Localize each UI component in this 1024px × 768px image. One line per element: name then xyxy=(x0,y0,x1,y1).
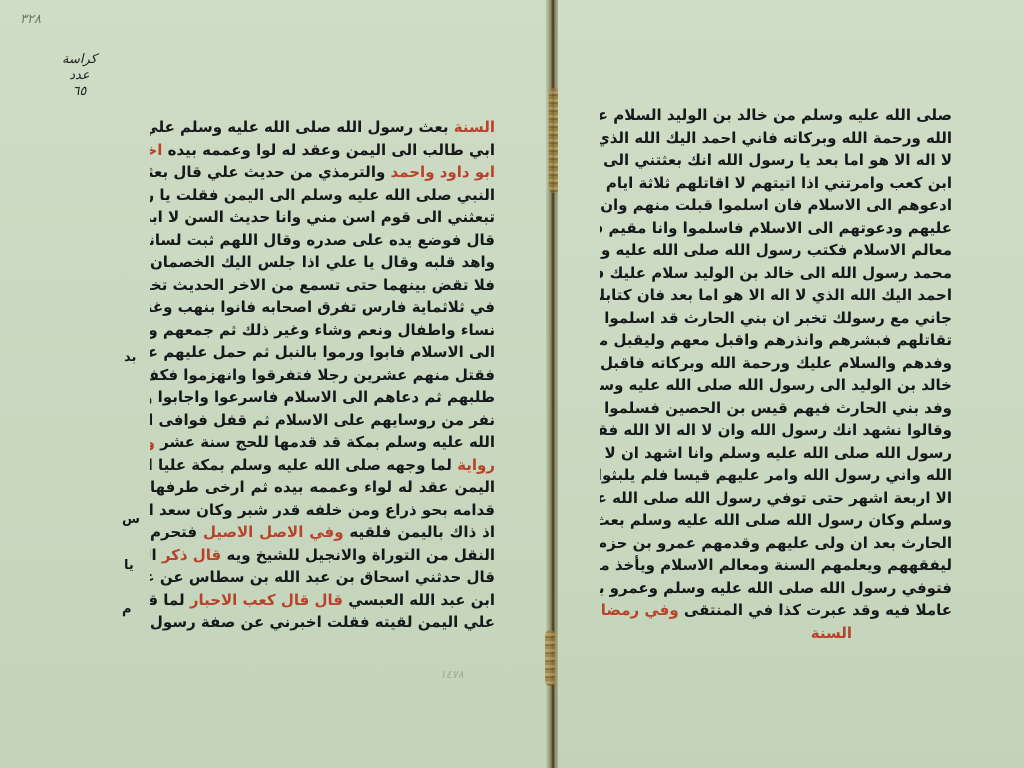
body-text: الواقدي xyxy=(150,546,162,564)
rubric-text: رواية xyxy=(457,456,495,474)
rubric-text: قال ذكر xyxy=(162,546,221,564)
body-text: النقل من التوراة والانجيل للشيخ ويه xyxy=(221,546,495,564)
manuscript-line: رسول الله صلى الله عليه وسلم وانا اشهد ا… xyxy=(600,442,952,465)
body-text: اذ ذاك باليمن فلقيه xyxy=(344,523,495,541)
manuscript-line: ابن كعب وامرتني اذا اتيتهم لا اقاتلهم ثل… xyxy=(600,172,952,195)
manuscript-line: ابو داود واحمد والترمذي من حديث علي قال … xyxy=(150,161,495,184)
body-text: رسول الله صلى الله عليه وسلم وانا اشهد ا… xyxy=(600,444,952,462)
manuscript-line: الا اربعة اشهر حتى توفي رسول الله صلى ال… xyxy=(600,487,952,510)
manuscript-line: احمد اليك الله الذي لا اله الا هو اما بع… xyxy=(600,284,952,307)
manuscript-line: الله عليه وسلم بمكة قد قدمها للحج سنة عش… xyxy=(150,431,495,454)
manuscript-line: النقل من التوراة والانجيل للشيخ ويه قال … xyxy=(150,544,495,567)
rubric-text: قال قال كعب الاحبار xyxy=(190,591,343,609)
manuscript-line: علي اليمن لقيته فقلت اخبرني عن صفة رسول … xyxy=(150,611,495,634)
manuscript-line: ابي طالب الى اليمن وعقد له لوا وعممه بيد… xyxy=(150,139,495,162)
manuscript-line: النبي صلى الله عليه وسلم الى اليمن فقلت … xyxy=(150,184,495,207)
body-text: لما وجهه صلى الله عليه وسلم بمكة عليا ال… xyxy=(150,456,457,474)
manuscript-line: الى الاسلام فابوا ورموا بالنبل ثم حمل عل… xyxy=(150,341,495,364)
body-text: جاني مع رسولك تخبر ان بني الحارث قد اسلم… xyxy=(600,309,952,327)
manuscript-line: تبعثني الى قوم اسن مني وانا حديث السن لا… xyxy=(150,206,495,229)
manuscript-line: لا اله الا هو اما بعد يا رسول الله انك ب… xyxy=(600,149,952,172)
body-text: فلا تقض بينهما حتى تسمع من الاخر الحديث … xyxy=(150,276,495,294)
manuscript-line: قال فوضع يده على صدره وقال اللهم ثبت لسا… xyxy=(150,229,495,252)
manuscript-line: واهد قلبه وقال يا علي اذا جلس اليك الخصم… xyxy=(150,251,495,274)
rubric-text: السنة xyxy=(811,624,852,642)
body-text: ابن كعب وامرتني اذا اتيتهم لا اقاتلهم ثل… xyxy=(600,174,952,192)
body-text: ابي طالب الى اليمن وعقد له لوا وعممه بيد… xyxy=(162,141,495,159)
manuscript-spread: ٣٢٨ كراسة عدد ٦٥ ١٤٧٨ السنة بعث رسول الل… xyxy=(0,0,1024,768)
margin-note-line: ٦٥ xyxy=(62,84,97,100)
side-note: يا xyxy=(124,558,134,573)
right-page: صلى الله عليه وسلم من خالد بن الوليد الس… xyxy=(558,0,1024,768)
body-text: فتحرم xyxy=(150,523,203,541)
manuscript-line: اذ ذاك باليمن فلقيه وفي الاصل الاصيل فتح… xyxy=(150,521,495,544)
manuscript-line: طلبهم ثم دعاهم الى الاسلام فاسرعوا واجاب… xyxy=(150,386,495,409)
body-text: وفدهم والسلام عليك ورحمة الله وبركاته فا… xyxy=(600,354,952,372)
rubric-text: اخرج xyxy=(150,141,162,159)
rubric-text: ابو داود واحمد xyxy=(391,163,495,181)
body-text: نساء واطفال ونعم وشاء وغير ذلك ثم جمعهم … xyxy=(150,321,495,339)
body-text: خالد بن الوليد الى رسول الله صلى الله عل… xyxy=(600,376,952,394)
body-text: ليفقههم ويعلمهم السنة ومعالم الاسلام ويأ… xyxy=(600,556,952,574)
body-text: الحارث بعد ان ولى عليهم وقدمهم عمرو بن ح… xyxy=(600,534,952,552)
body-text: ادعوهم الى الاسلام فان اسلموا قبلت منهم … xyxy=(600,196,952,214)
body-text: احمد اليك الله الذي لا اله الا هو اما بع… xyxy=(600,286,952,304)
body-text: لا اله الا هو اما بعد يا رسول الله انك ب… xyxy=(600,151,952,169)
faint-pencil-mark: ١٤٧٨ xyxy=(440,668,464,681)
manuscript-line: تقاتلهم فبشرهم وانذرهم واقبل معهم وليقبل… xyxy=(600,329,952,352)
manuscript-line: جاني مع رسولك تخبر ان بني الحارث قد اسلم… xyxy=(600,307,952,330)
body-text: لما قدم xyxy=(150,591,190,609)
body-text: الله ورحمة الله وبركاته فاني احمد اليك ا… xyxy=(600,129,952,147)
manuscript-line: فقتل منهم عشرين رجلا فتفرقوا وانهزموا فك… xyxy=(150,364,495,387)
manuscript-line: رواية لما وجهه صلى الله عليه وسلم بمكة ع… xyxy=(150,454,495,477)
manuscript-line: الله ورحمة الله وبركاته فاني احمد اليك ا… xyxy=(600,127,952,150)
right-page-text: صلى الله عليه وسلم من خالد بن الوليد الس… xyxy=(600,104,952,644)
body-text: النبي صلى الله عليه وسلم الى اليمن فقلت … xyxy=(150,186,495,204)
side-note: س xyxy=(122,512,140,527)
manuscript-line: الله واني رسول الله وامر عليهم قيسا فلم … xyxy=(600,464,952,487)
manuscript-line: محمد رسول الله الى خالد بن الوليد سلام ع… xyxy=(600,262,952,285)
margin-note-line: عدد xyxy=(62,68,97,84)
body-text: الى الاسلام فابوا ورموا بالنبل ثم حمل عل… xyxy=(150,343,495,361)
manuscript-line: في ثلاثماية فارس تفرق اصحابه فانوا بنهب … xyxy=(150,296,495,319)
body-text: والترمذي من حديث علي قال بعثني xyxy=(150,163,391,181)
manuscript-line: فلا تقض بينهما حتى تسمع من الاخر الحديث … xyxy=(150,274,495,297)
body-text: الله عليه وسلم بمكة قد قدمها للحج سنة عش… xyxy=(155,433,495,451)
manuscript-line: الحارث بعد ان ولى عليهم وقدمهم عمرو بن ح… xyxy=(600,532,952,555)
body-text: نفر من روسايهم على الاسلام ثم قفل فوافى … xyxy=(150,411,495,429)
manuscript-line: نساء واطفال ونعم وشاء وغير ذلك ثم جمعهم … xyxy=(150,319,495,342)
spine-stain xyxy=(545,630,555,686)
body-text: تقاتلهم فبشرهم وانذرهم واقبل معهم وليقبل… xyxy=(600,331,952,349)
body-text: وفد بني الحارث فيهم قيس بن الحصين فسلموا… xyxy=(600,399,952,417)
manuscript-line: عليهم ودعوتهم الى الاسلام فاسلموا وانا م… xyxy=(600,217,952,240)
manuscript-line: وفدهم والسلام عليك ورحمة الله وبركاته فا… xyxy=(600,352,952,375)
manuscript-line: ادعوهم الى الاسلام فان اسلموا قبلت منهم … xyxy=(600,194,952,217)
rubric-text: السنة xyxy=(454,118,495,136)
manuscript-line: ليفقههم ويعلمهم السنة ومعالم الاسلام ويأ… xyxy=(600,554,952,577)
body-text: قدامه بحو ذراع ومن خلفه قدر شبر وكان سعد… xyxy=(150,501,495,519)
body-text: طلبهم ثم دعاهم الى الاسلام فاسرعوا واجاب… xyxy=(150,388,495,406)
body-text: اليمن عقد له لواء وعممه بيده ثم ارخى طرف… xyxy=(150,478,495,496)
manuscript-line: وفد بني الحارث فيهم قيس بن الحصين فسلموا… xyxy=(600,397,952,420)
manuscript-line: خالد بن الوليد الى رسول الله صلى الله عل… xyxy=(600,374,952,397)
manuscript-line: نفر من روسايهم على الاسلام ثم قفل فوافى … xyxy=(150,409,495,432)
body-text: ابن عبد الله العبسي xyxy=(343,591,495,609)
manuscript-line: فتوفي رسول الله صلى الله عليه وسلم وعمرو… xyxy=(600,577,952,600)
folio-number: ٣٢٨ xyxy=(20,12,41,27)
body-text: عاملا فيه وقد عبرت كذا في المنتقى xyxy=(679,601,952,619)
body-text: عليهم ودعوتهم الى الاسلام فاسلموا وانا م… xyxy=(600,219,952,237)
body-text: وسلم وكان رسول الله صلى الله عليه وسلم ب… xyxy=(600,511,952,529)
body-text: تبعثني الى قوم اسن مني وانا حديث السن لا… xyxy=(150,208,495,226)
margin-note-line: كراسة xyxy=(62,52,97,68)
body-text: في ثلاثماية فارس تفرق اصحابه فانوا بنهب … xyxy=(150,298,495,316)
manuscript-line: معالم الاسلام فكتب رسول الله صلى الله عل… xyxy=(600,239,952,262)
body-text: وقالوا نشهد انك رسول الله وان لا اله الا… xyxy=(600,421,952,439)
body-text: واهد قلبه وقال يا علي اذا جلس اليك الخصم… xyxy=(150,253,495,271)
body-text: فقتل منهم عشرين رجلا فتفرقوا وانهزموا فك… xyxy=(150,366,495,384)
body-text: بعث رسول الله صلى الله عليه وسلم علي بن xyxy=(150,118,454,136)
manuscript-line: اليمن عقد له لواء وعممه بيده ثم ارخى طرف… xyxy=(150,476,495,499)
left-page-text: السنة بعث رسول الله صلى الله عليه وسلم ع… xyxy=(150,116,495,634)
body-text: قال فوضع يده على صدره وقال اللهم ثبت لسا… xyxy=(150,231,495,249)
manuscript-line: وسلم وكان رسول الله صلى الله عليه وسلم ب… xyxy=(600,509,952,532)
side-note: بد xyxy=(124,350,136,365)
body-text: صلى الله عليه وسلم من خالد بن الوليد الس… xyxy=(600,106,952,124)
body-text: معالم الاسلام فكتب رسول الله صلى الله عل… xyxy=(600,241,952,259)
manuscript-line: صلى الله عليه وسلم من خالد بن الوليد الس… xyxy=(600,104,952,127)
manuscript-line: السنة بعث رسول الله صلى الله عليه وسلم ع… xyxy=(150,116,495,139)
body-text: الله واني رسول الله وامر عليهم قيسا فلم … xyxy=(600,466,952,484)
manuscript-line: ابن عبد الله العبسي قال قال كعب الاحبار … xyxy=(150,589,495,612)
manuscript-line: السنة xyxy=(600,622,952,645)
body-text: فتوفي رسول الله صلى الله عليه وسلم وعمرو… xyxy=(600,579,952,597)
body-text: محمد رسول الله الى خالد بن الوليد سلام ع… xyxy=(600,264,952,282)
manuscript-line: عاملا فيه وقد عبرت كذا في المنتقى وفي رم… xyxy=(600,599,952,622)
manuscript-line: قال حدثني اسحاق بن عبد الله بن سطاس عن ع… xyxy=(150,566,495,589)
body-text: قال حدثني اسحاق بن عبد الله بن سطاس عن ع… xyxy=(150,568,495,586)
body-text: علي اليمن لقيته فقلت اخبرني عن صفة رسول … xyxy=(150,613,495,631)
margin-note: كراسة عدد ٦٥ xyxy=(62,52,97,100)
left-page: ٣٢٨ كراسة عدد ٦٥ ١٤٧٨ السنة بعث رسول الل… xyxy=(0,0,548,768)
side-note: م xyxy=(122,602,132,617)
rubric-text: وفي الاصل الاصيل xyxy=(203,523,344,541)
rubric-text: وفي رمضان هذه xyxy=(600,601,679,619)
manuscript-line: وقالوا نشهد انك رسول الله وان لا اله الا… xyxy=(600,419,952,442)
body-text: الا اربعة اشهر حتى توفي رسول الله صلى ال… xyxy=(600,489,952,507)
manuscript-line: قدامه بحو ذراع ومن خلفه قدر شبر وكان سعد… xyxy=(150,499,495,522)
